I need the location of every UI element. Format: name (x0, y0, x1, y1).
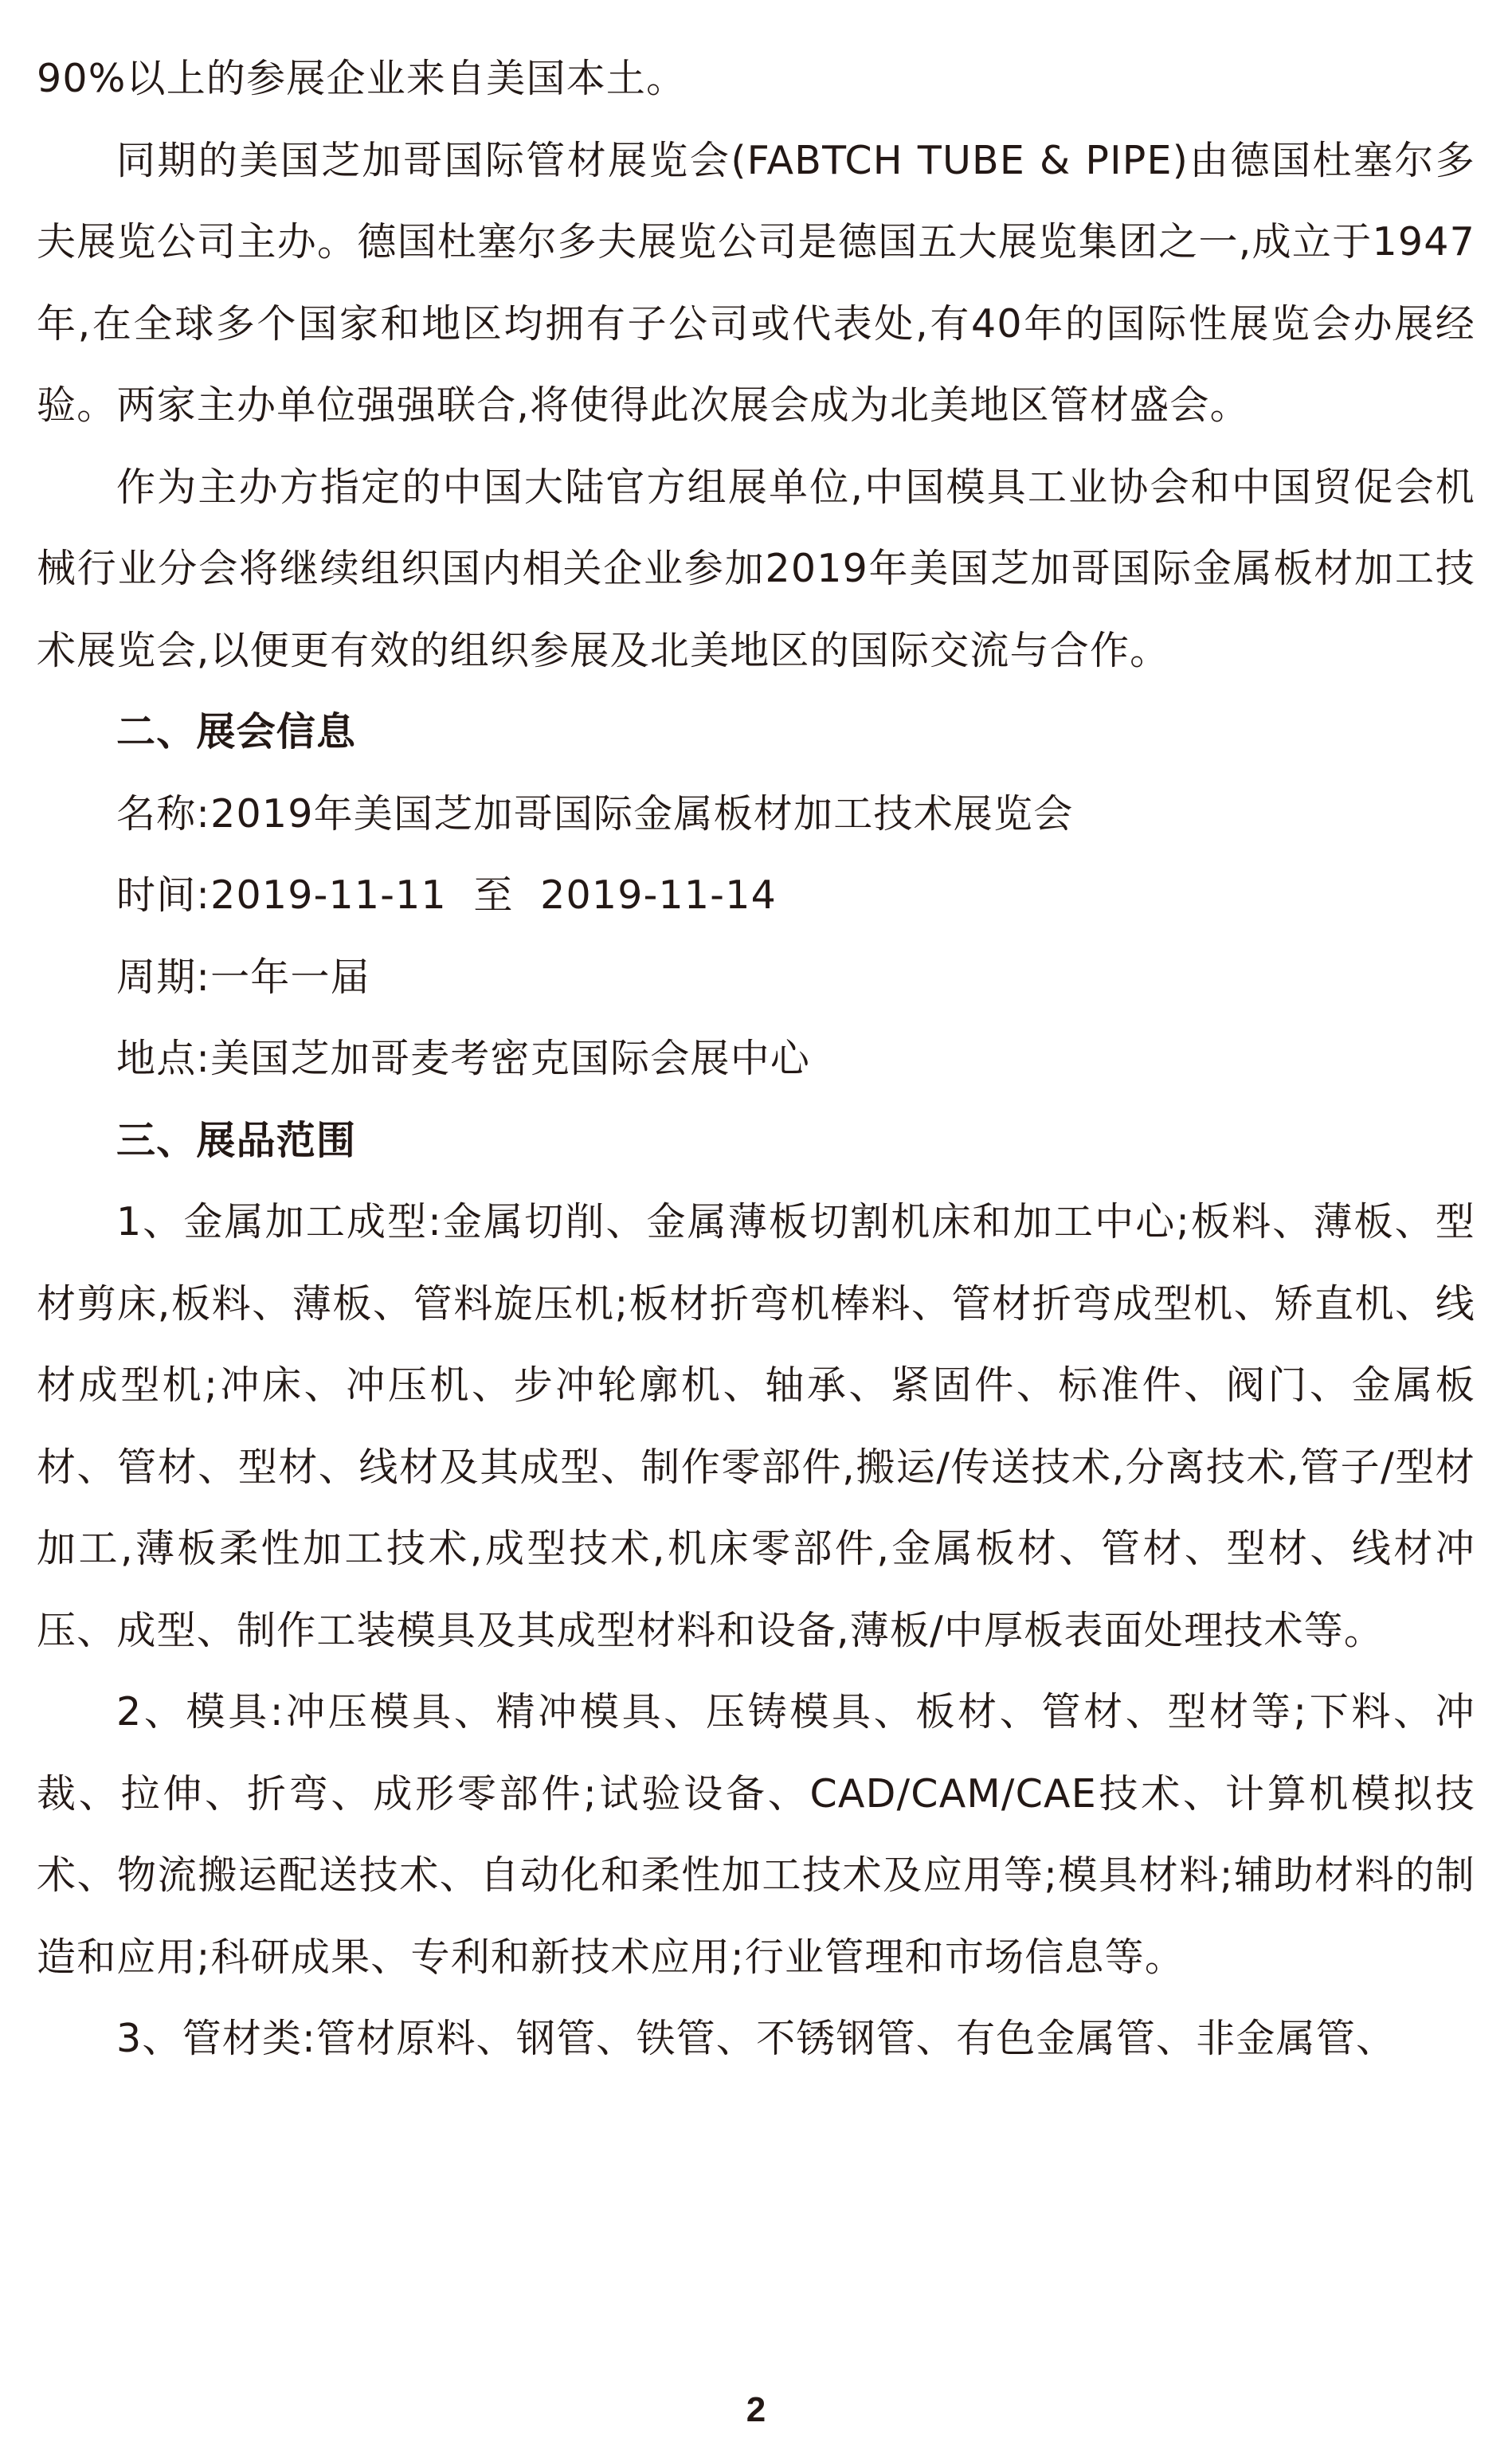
scope-item-tubes: 3、管材类:管材原料、钢管、铁管、不锈钢管、有色金属管、非金属管、 (37, 1998, 1475, 2080)
scope-item-molds: 2、模具:冲压模具、精冲模具、压铸模具、板材、管材、型材等;下料、冲裁、拉伸、折… (37, 1672, 1475, 1998)
info-location: 地点:美国芝加哥麦考密克国际会展中心 (37, 1018, 1475, 1100)
info-name: 名称:2019年美国芝加哥国际金属板材加工技术展览会 (37, 774, 1475, 856)
paragraph-fabtech-tube-pipe: 同期的美国芝加哥国际管材展览会(FABTCH TUBE & PIPE)由德国杜塞… (37, 120, 1475, 447)
paragraph-china-organizer: 作为主办方指定的中国大陆官方组展单位,中国模具工业协会和中国贸促会机械行业分会将… (37, 447, 1475, 692)
paragraph-continuation: 90%以上的参展企业来自美国本土。 (37, 38, 1475, 120)
info-cycle: 周期:一年一届 (37, 937, 1475, 1019)
scope-item-metal-forming: 1、金属加工成型:金属切削、金属薄板切割机床和加工中心;板料、薄板、型材剪床,板… (37, 1182, 1475, 1672)
section-heading-exhibit-scope: 三、展品范围 (37, 1100, 1475, 1182)
info-time: 时间:2019-11-11 至 2019-11-14 (37, 855, 1475, 937)
page-number: 2 (0, 2386, 1512, 2434)
document-page: 90%以上的参展企业来自美国本土。 同期的美国芝加哥国际管材展览会(FABTCH… (37, 38, 1475, 2080)
section-heading-exhibition-info: 二、展会信息 (37, 692, 1475, 774)
